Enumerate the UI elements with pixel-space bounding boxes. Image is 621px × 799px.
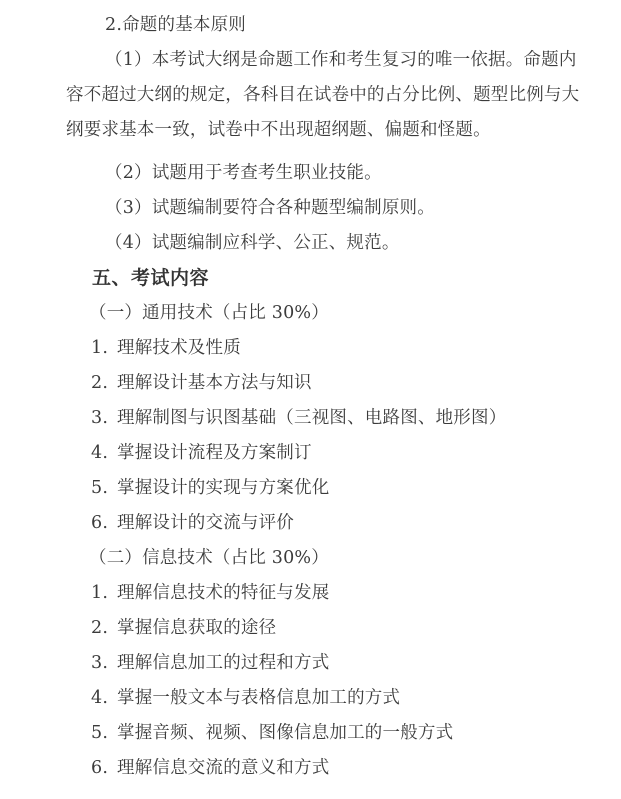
list-item: 6.理解设计的交流与评价 xyxy=(66,506,562,541)
list-item-number: 5. xyxy=(91,716,117,751)
information-technology-list: 1.理解信息技术的特征与发展 2.掌握信息获取的途径 3.理解信息加工的过程和方… xyxy=(66,576,562,786)
list-item: 6.理解信息交流的意义和方式 xyxy=(66,751,562,786)
section-5-heading: 五、考试内容 xyxy=(66,261,562,296)
list-item-number: 1. xyxy=(91,331,117,366)
list-item-number: 3. xyxy=(91,401,117,436)
principle-1-paragraph: （1）本考试大纲是命题工作和考生复习的唯一依据。命题内 容不超过大纲的规定，各科… xyxy=(66,43,562,148)
list-item: 5.掌握音频、视频、图像信息加工的一般方式 xyxy=(66,716,562,751)
list-item-text: 掌握一般文本与表格信息加工的方式 xyxy=(117,688,400,708)
list-item-text: 理解信息交流的意义和方式 xyxy=(117,758,329,778)
list-item: 1.理解技术及性质 xyxy=(66,331,562,366)
list-item-text: 理解技术及性质 xyxy=(117,338,241,358)
list-item: 4.掌握设计流程及方案制订 xyxy=(66,436,562,471)
list-item-number: 2. xyxy=(91,366,117,401)
principle-4-paragraph: （4）试题编制应科学、公正、规范。 xyxy=(66,226,562,261)
list-item-text: 掌握设计的实现与方案优化 xyxy=(117,478,329,498)
list-item-number: 5. xyxy=(91,471,117,506)
subsection-1-heading: （一）通用技术（占比 30%） xyxy=(66,296,562,331)
list-item-text: 理解设计的交流与评价 xyxy=(117,513,294,533)
general-technology-list: 1.理解技术及性质 2.理解设计基本方法与知识 3.理解制图与识图基础（三视图、… xyxy=(66,331,562,541)
principle-1-line-3: 纲要求基本一致，试卷中不出现超纲题、偏题和怪题。 xyxy=(66,113,562,148)
list-item: 2.掌握信息获取的途径 xyxy=(66,611,562,646)
list-item-text: 理解设计基本方法与知识 xyxy=(117,373,312,393)
list-item: 3.理解制图与识图基础（三视图、电路图、地形图） xyxy=(66,401,562,436)
principle-1-line-1: （1）本考试大纲是命题工作和考生复习的唯一依据。命题内 xyxy=(66,43,562,78)
list-item-number: 3. xyxy=(91,646,117,681)
principle-2-paragraph: （2）试题用于考查考生职业技能。 xyxy=(66,156,562,191)
list-item: 5.掌握设计的实现与方案优化 xyxy=(66,471,562,506)
list-item-number: 6. xyxy=(91,506,117,541)
list-item-text: 掌握设计流程及方案制订 xyxy=(117,443,312,463)
principles-heading: 2.命题的基本原则 xyxy=(66,8,562,43)
list-item: 3.理解信息加工的过程和方式 xyxy=(66,646,562,681)
list-item-text: 掌握音频、视频、图像信息加工的一般方式 xyxy=(117,723,453,743)
subsection-2-heading: （二）信息技术（占比 30%） xyxy=(66,541,562,576)
list-item-text: 掌握信息获取的途径 xyxy=(117,618,276,638)
principle-3-paragraph: （3）试题编制要符合各种题型编制原则。 xyxy=(66,191,562,226)
list-item-number: 4. xyxy=(91,436,117,471)
list-item: 4.掌握一般文本与表格信息加工的方式 xyxy=(66,681,562,716)
list-item-number: 1. xyxy=(91,576,117,611)
list-item-number: 2. xyxy=(91,611,117,646)
list-item: 1.理解信息技术的特征与发展 xyxy=(66,576,562,611)
list-item-number: 6. xyxy=(91,751,117,786)
list-item-text: 理解信息加工的过程和方式 xyxy=(117,653,329,673)
list-item-number: 4. xyxy=(91,681,117,716)
document-page: 2.命题的基本原则 （1）本考试大纲是命题工作和考生复习的唯一依据。命题内 容不… xyxy=(0,0,621,799)
list-item-text: 理解制图与识图基础（三视图、电路图、地形图） xyxy=(117,408,506,428)
list-item: 2.理解设计基本方法与知识 xyxy=(66,366,562,401)
list-item-text: 理解信息技术的特征与发展 xyxy=(117,583,329,603)
principle-1-line-2: 容不超过大纲的规定，各科目在试卷中的占分比例、题型比例与大 xyxy=(66,78,562,113)
